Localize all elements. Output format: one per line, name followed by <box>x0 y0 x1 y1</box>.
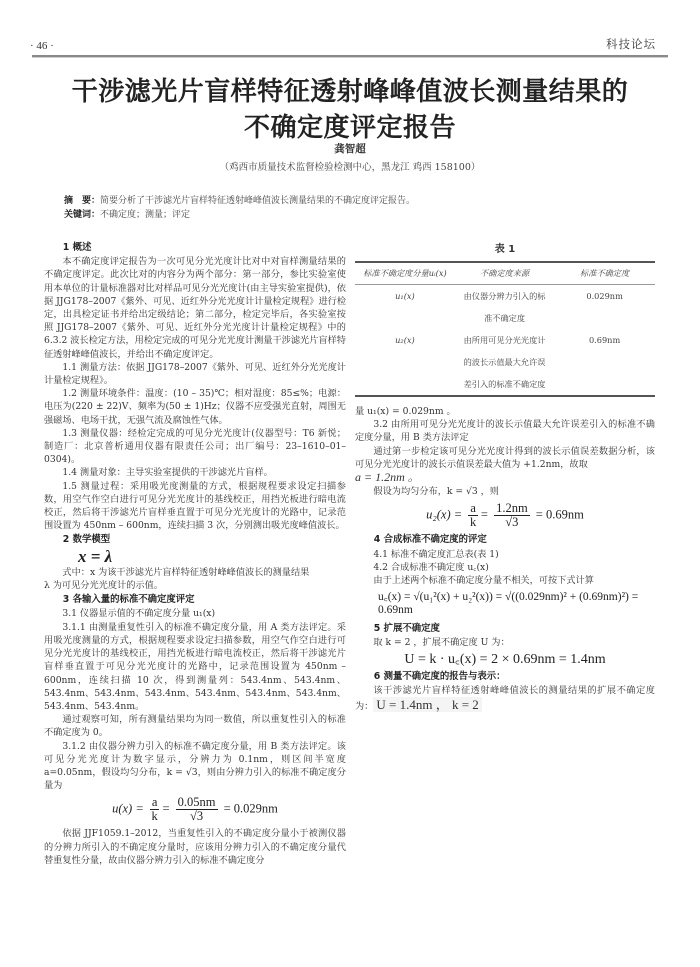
final-result: U = 1.4nm ， k = 2 <box>373 697 481 712</box>
column-header: 标准不确定度 <box>554 262 655 285</box>
paragraph: 3.1.1 由测量重复性引入的标准不确定度分量，用 A 类方法评定。采用吸光度测… <box>44 621 346 713</box>
paragraph: 该干涉滤光片盲样特征透射峰峰值波长的测量结果的扩展不确定度为：U = 1.4nm… <box>355 684 655 712</box>
paragraph: 1.5 测量过程：采用吸光度测量的方式，根据规程要求设定扫描参数，用空气作空白进… <box>44 480 346 533</box>
formula-result: = 0.69nm <box>536 508 584 522</box>
section-3-heading: 3 各输入量的标准不确定度评定 <box>44 593 346 606</box>
left-column: 1 概述 本不确定度评定报告为一次可见分光光度计比对中对盲样测量结果的不确定度评… <box>44 240 346 867</box>
cell-component: u₁(x) <box>355 285 455 330</box>
table-header-row: 标准不确定度分量uᵢ(x) 不确定度来源 标准不确定度 <box>355 262 655 285</box>
keywords-text: 不确定度；测量；评定 <box>100 210 190 220</box>
abstract-text: 简要分析了干涉滤光片盲样特征透射峰峰值波长测量结果的不确定度评定报告。 <box>100 196 415 206</box>
paragraph: 式中：x 为该干涉滤光片盲样特征透射峰峰值波长的测量结果 <box>44 566 346 579</box>
paragraph: 量 u₁(x) = 0.029nm 。 <box>355 405 655 418</box>
journal-name: 科技论坛 <box>606 36 656 52</box>
paragraph: 4.2 合成标准不确定度 u꜀(x) <box>355 561 655 574</box>
cell-value: 0.69nm <box>554 329 655 396</box>
keywords-label: 关键词： <box>64 210 100 220</box>
paragraph: 通过观察可知，所有测量结果均为同一数值，所以重复性引入的标准不确定度为 0。 <box>44 713 346 739</box>
column-header: 标准不确定度分量uᵢ(x) <box>355 262 455 285</box>
paragraph: 4.1 标准不确定度汇总表(表 1) <box>355 548 655 561</box>
section-1-heading: 1 概述 <box>44 241 346 254</box>
section-4-heading: 4 合成标准不确定度的评定 <box>355 533 655 546</box>
page-number: · 46 · <box>30 40 54 52</box>
column-header: 不确定度来源 <box>455 262 554 285</box>
table-row: u₁(x) 由仪器分辨力引入的标 准不确定度 0.029nm <box>355 285 655 330</box>
uncertainty-table: 标准不确定度分量uᵢ(x) 不确定度来源 标准不确定度 u₁(x) 由仪器分辨力… <box>355 261 655 397</box>
abstract-label: 摘 要： <box>64 196 100 206</box>
table-row: u₂(x) 由所用可见分光光度计 的波长示值最大允许误 差引入的标准不确定度 0… <box>355 329 655 396</box>
fraction-a-over-k: ak <box>150 796 160 823</box>
formula-lhs: u₂(x) = <box>426 508 462 522</box>
paragraph: 1.4 测量对象：主导实验室提供的干涉滤光片盲样。 <box>44 466 346 479</box>
paragraph: λ 为可见分光光度计的示值。 <box>44 579 346 592</box>
paragraph: 1.3 测量仪器：经检定完成的可见分光光度计(仪器型号：T6 新悦；制造厂：北京… <box>44 427 346 467</box>
author: 龚智超 <box>0 141 700 156</box>
fraction-a-over-k: ak <box>468 502 478 529</box>
keywords: 关键词：不确定度；测量；评定 <box>64 207 190 220</box>
paragraph: 1.1 测量方法：依据 JJG178–2007《紫外、可见、近红外分光光度计计量… <box>44 361 346 387</box>
formula-combined-uncertainty: u꜀(x) = √(u₁²(x) + u₂²(x)) = √((0.029nm)… <box>378 591 655 617</box>
section-5-heading: 5 扩展不确定度 <box>355 622 655 635</box>
abstract: 摘 要：简要分析了干涉滤光片盲样特征透射峰峰值波长测量结果的不确定度评定报告。 <box>64 193 415 206</box>
cell-source: 由所用可见分光光度计 的波长示值最大允许误 差引入的标准不确定度 <box>455 329 554 396</box>
paragraph: 本不确定度评定报告为一次可见分光光度计比对中对盲样测量结果的不确定度评定。此次比… <box>44 255 346 361</box>
section-6-heading: 6 测量不确定度的报告与表示： <box>355 670 655 683</box>
cell-component: u₂(x) <box>355 329 455 396</box>
cell-value: 0.029nm <box>554 285 655 330</box>
paragraph: 1.2 测量环境条件：温度：(10 – 35)℃；相对湿度：85≤%；电源：电压… <box>44 387 346 427</box>
paragraph: 由于上述两个标准不确定度分量不相关，可按下式计算 <box>355 574 655 587</box>
formula-u2: u₂(x) = ak= 1.2nm√3 = 0.69nm <box>355 502 655 529</box>
section-2-heading: 2 数学模型 <box>44 533 346 546</box>
formula-lhs: u(x) = <box>112 802 144 816</box>
paragraph: 3.1.2 由仪器分辨力引入的标准不确定度分量，用 B 类方法评定。该可见分光光… <box>44 740 346 793</box>
article-title: 干涉滤光片盲样特征透射峰峰值波长测量结果的 不确定度评定报告 <box>40 74 660 146</box>
paragraph: 通过第一步检定该可见分光光度计得到的波长示值误差数据分析，该可见分光光度计的波长… <box>355 445 655 471</box>
paragraph: 依据 JJF1059.1–2012，当重复性引入的不确定度分量小于被测仪器的分辨… <box>44 827 346 867</box>
right-column: 量 u₁(x) = 0.029nm 。 3.2 由所用可见分光光度计的波长示值最… <box>355 405 655 713</box>
header-divider <box>32 55 668 58</box>
paragraph: 3.2 由所用可见分光光度计的波长示值最大允许误差引入的标准不确定度分量，用 B… <box>355 418 655 444</box>
math-model-formula: x = λ <box>78 550 346 563</box>
paragraph: 取 k = 2 ，扩展不确定度 U 为： <box>355 636 655 649</box>
formula-u-resolution: u(x) = ak= 0.05nm√3 = 0.029nm <box>44 796 346 823</box>
table-title: 表 1 <box>340 240 670 255</box>
a-value: a = 1.2nm 。 <box>355 471 655 485</box>
formula-expanded-uncertainty: U = k · u꜀(x) = 2 × 0.69nm = 1.4nm <box>355 653 655 666</box>
fraction-value: 1.2nm√3 <box>494 502 530 529</box>
formula-result: = 0.029nm <box>224 802 278 816</box>
cell-source: 由仪器分辨力引入的标 准不确定度 <box>455 285 554 330</box>
paragraph: 3.1 仪器显示值的不确定度分量 u₁(x) <box>44 607 346 620</box>
fraction-value: 0.05nm√3 <box>176 796 218 823</box>
paragraph: 假设为均匀分布，k = √3 ，则 <box>355 485 655 498</box>
title-line-1: 干涉滤光片盲样特征透射峰峰值波长测量结果的 <box>40 74 660 110</box>
affiliation: （鸡西市质量技术监督检验检测中心，黑龙江 鸡西 158100） <box>0 159 700 173</box>
